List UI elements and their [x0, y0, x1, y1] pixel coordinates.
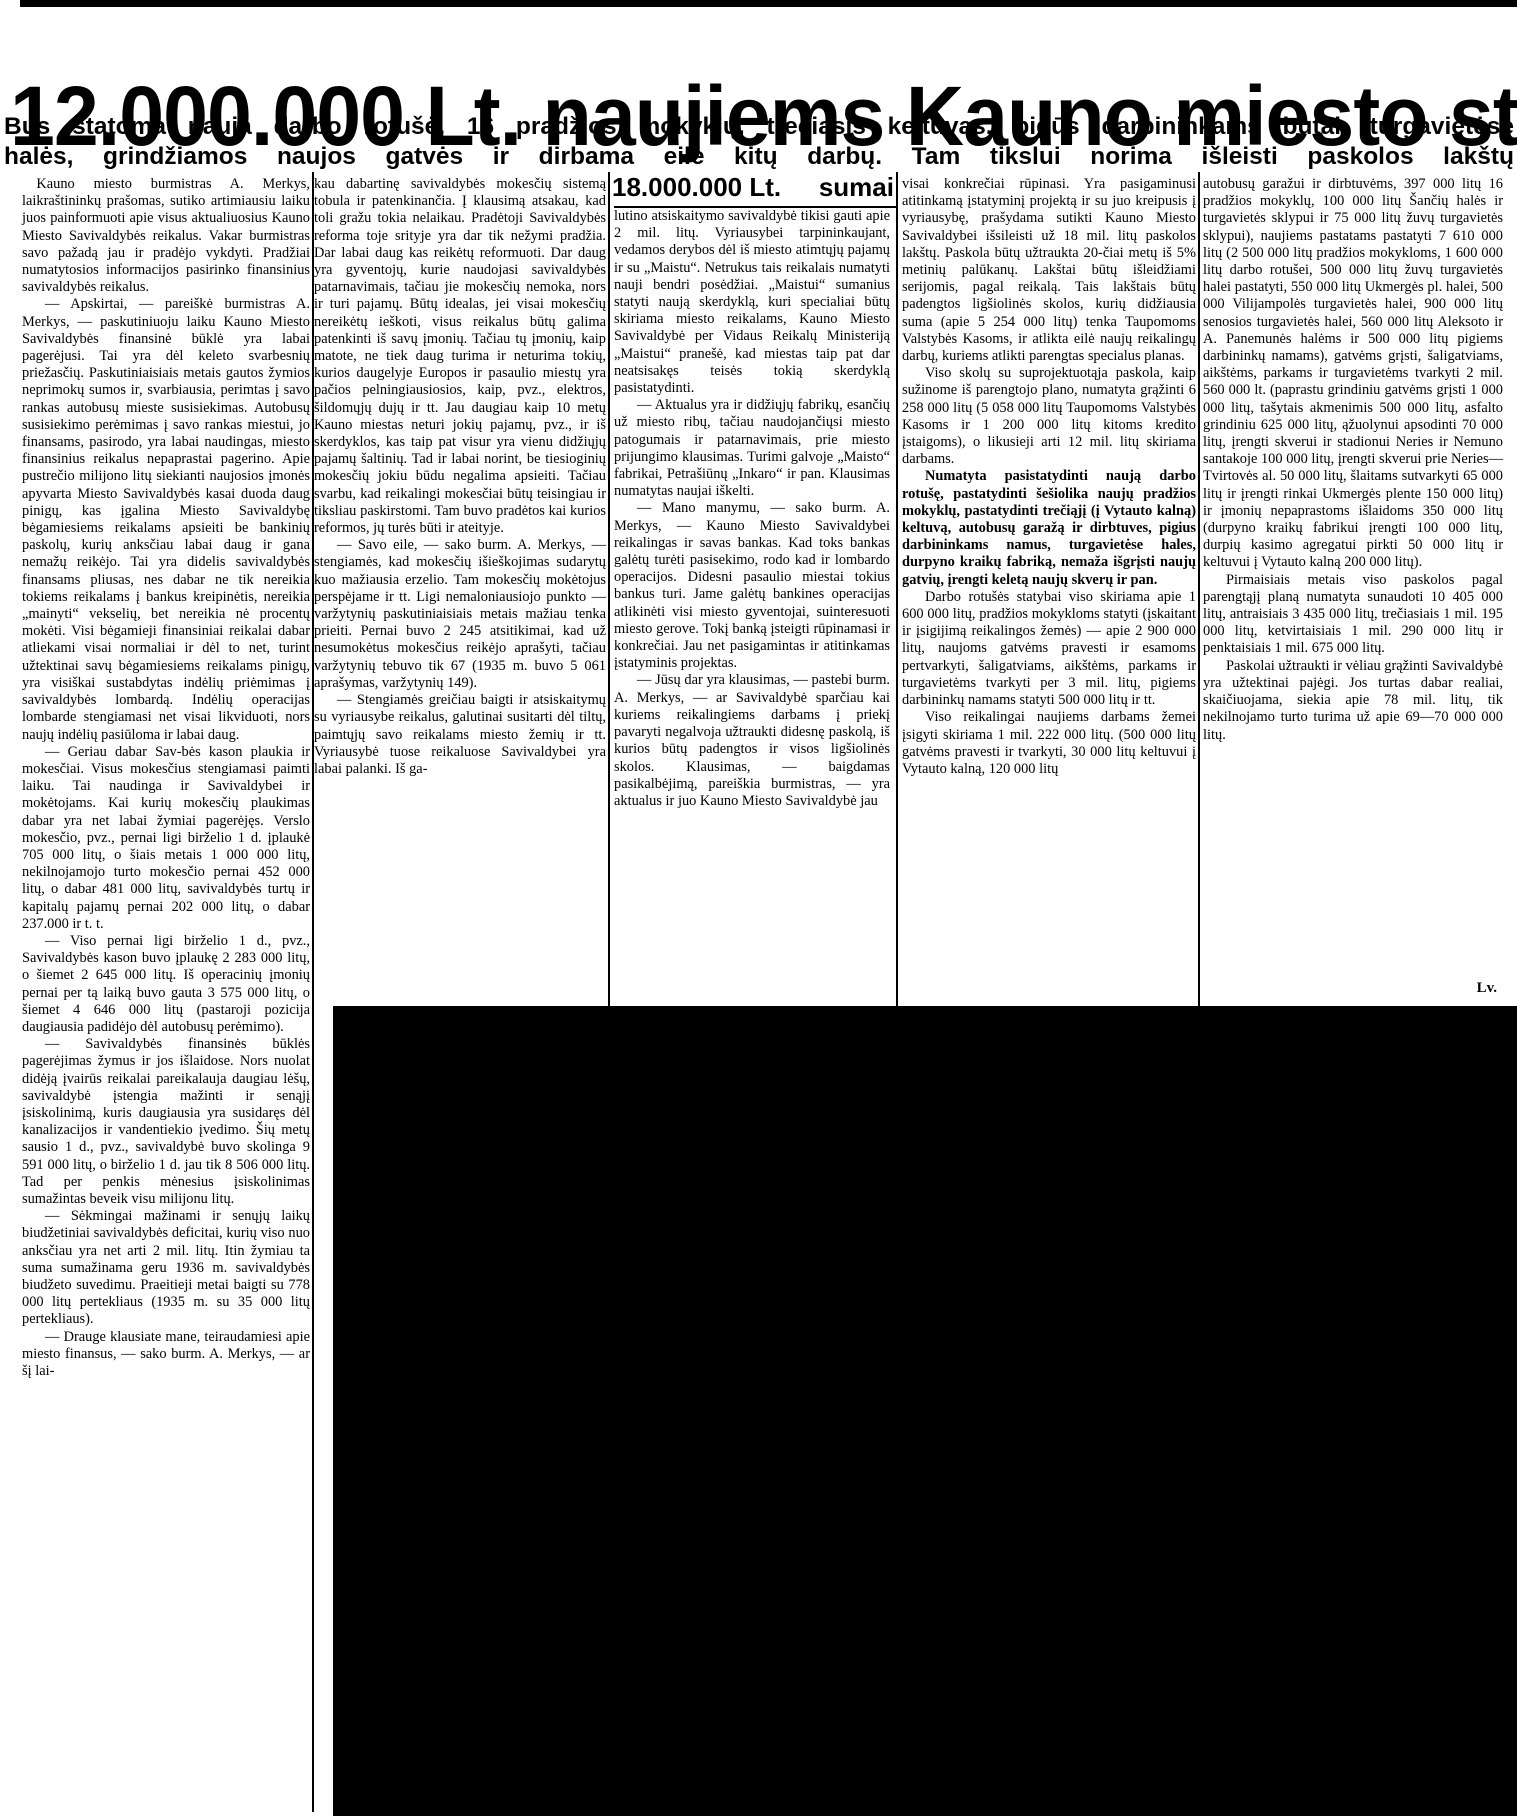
box-heading: 18.000.000 Lt. sumai: [612, 172, 894, 202]
box-heading-amount: 18.000.000 Lt.: [612, 172, 781, 202]
paragraph: visai konkrečiai rūpinasi. Yra pasigamin…: [902, 176, 1196, 365]
text-column-1: Kauno miesto burmistras A. Merkys, laikr…: [22, 176, 310, 1380]
paragraph: Numatyta pasistatydinti naują darbo rotu…: [902, 468, 1196, 588]
paragraph: Kauno miesto burmistras A. Merkys, laikr…: [22, 176, 310, 296]
paragraph: — Stengiamės greičiau baigti ir atsiskai…: [314, 692, 606, 778]
paragraph: Viso reikalingai naujiems darbams žemei …: [902, 709, 1196, 778]
subheadline-line-2: halės, grindžiamos naujos gatvės ir dirb…: [4, 142, 1514, 172]
paragraph: — Drauge klausiate mane, teiraudamiesi a…: [22, 1329, 310, 1381]
paragraph: Pirmaisiais metais viso paskolos pagal p…: [1203, 572, 1503, 658]
paragraph: — Sėkmingai mažinami ir senųjų laikų biu…: [22, 1208, 310, 1328]
paragraph: — Geriau dabar Sav-bės kason plaukia ir …: [22, 744, 310, 933]
subheadline: Bus statoma nauja darbo rotušė, 16 pradž…: [4, 112, 1514, 172]
author-signature: Lv.: [1477, 980, 1497, 997]
paragraph: autobusų garažui ir dirbtuvėms, 397 000 …: [1203, 176, 1503, 572]
paragraph: Paskolai užtraukti ir vėliau grąžinti Sa…: [1203, 658, 1503, 744]
text-column-3: lutino atsiskaitymo savivaldybė tikisi g…: [614, 208, 890, 810]
text-column-4: visai konkrečiai rūpinasi. Yra pasigamin…: [902, 176, 1196, 778]
text-column-5: autobusų garažui ir dirbtuvėms, 397 000 …: [1203, 176, 1503, 744]
column-rule: [896, 172, 898, 1007]
paragraph: lutino atsiskaitymo savivaldybė tikisi g…: [614, 208, 890, 397]
paragraph: — Aktualus yra ir didžiųjų fabrikų, esan…: [614, 397, 890, 500]
paragraph: — Jūsų dar yra klausimas, — pastebi burm…: [614, 672, 890, 810]
paragraph: Darbo rotušės statybai viso skiriama api…: [902, 589, 1196, 709]
redacted-region: [333, 1006, 1517, 1816]
paragraph: — Apskirtai, — pareiškė burmistras A. Me…: [22, 296, 310, 743]
paragraph: — Mano manymu, — sako burm. A. Merkys, —…: [614, 500, 890, 672]
paragraph: — Savivaldybės finansinės būklės pagerėj…: [22, 1036, 310, 1208]
text-column-2: kau dabartinę savivaldybės mokesčių sist…: [314, 176, 606, 778]
column-rule: [1198, 172, 1200, 1007]
top-rule: [20, 0, 1517, 7]
paragraph: — Viso pernai ligi birželio 1 d., pvz., …: [22, 933, 310, 1036]
box-heading-word: sumai: [819, 172, 894, 202]
paragraph: kau dabartinę savivaldybės mokesčių sist…: [314, 176, 606, 537]
subheadline-line-1: Bus statoma nauja darbo rotušė, 16 pradž…: [4, 112, 1514, 142]
paragraph: Viso skolų su suprojektuotąja paskola, k…: [902, 365, 1196, 468]
paragraph: — Savo eile, — sako burm. A. Merkys, — s…: [314, 537, 606, 692]
column-rule: [608, 172, 610, 1007]
